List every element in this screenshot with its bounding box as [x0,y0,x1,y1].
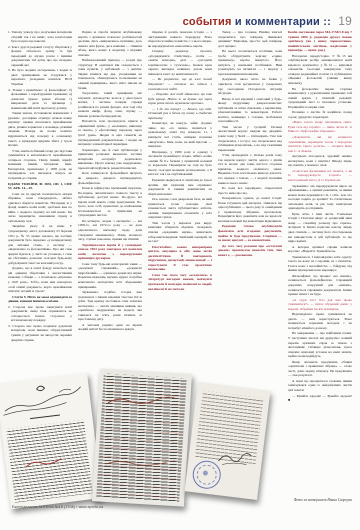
text-paragraph: Копію постанови через МА-Т/МЛ-8 від 7 тр… [288,30,352,53]
text-paragraph: Пам'ятаймо: кожна неперевірена цитата, з… [148,245,212,272]
text-paragraph: «Ваша газета знову паплюжить святе. Руки… [288,120,352,134]
section-label-comments: и комментарии :: [235,16,331,28]
text-paragraph: 3. Сторона має право подавати додаткові … [8,324,72,342]
text-paragraph: «Документи, які ви називаєте сумнівними,… [288,135,352,153]
text-paragraph: 2. Текст другої редакції статуту зберіга… [8,45,72,68]
text-paragraph: На фотокопіях: перша сторінка машинопису… [288,87,352,110]
text-paragraph: По-четверте, жодна з експертиз — ані 195… [78,219,142,242]
typewritten-page-scan [0,373,102,509]
document-photos [0,370,272,512]
text-paragraph: Тримаємося. І відповідаємо всім одразу: … [288,255,352,273]
text-paragraph: Термінувалася версія й у самвидаві: спис… [78,243,142,261]
text-paragraph: Відповідаємо: право сумніватися не дають… [288,312,352,330]
text-paragraph: А читачам радимо одне: не вірити жодній … [78,323,142,332]
text-paragraph: 4. Тільки з приміткою: а) фальсифікат; б… [8,88,72,111]
text-paragraph: Саме так свого часу «оселилися» в літера… [148,273,212,291]
text-paragraph: Редакція звернулася із запитами до трьох… [148,178,212,196]
text-paragraph: Коло замкнулося: фальсифікат цитують як … [78,171,142,185]
text-paragraph: До того часу розмови про «остаточні дока… [218,244,282,258]
text-paragraph: «А судді хто? Хто дав вам право сумніват… [288,298,352,312]
text-paragraph: Стаття 5. Ніхто не може відповідати за д… [8,295,72,304]
text-paragraph: Спершу редактор просить «упорядкувати ст… [148,49,212,76]
text-paragraph: 3. Не було жодних застережень, і жоден і… [8,68,72,86]
signature-scribble [216,449,256,471]
text-paragraph: Тепер — про головне. Навіщо взагалі спер… [218,30,282,48]
article-column-2: Перша ж спроба звірити опубліковану верс… [78,30,142,373]
article-column-1: 1. Типову ухвалу про долучення матеріалі… [8,30,72,373]
text-paragraph: Найпоказовіший приклад — розділ про стру… [78,58,142,90]
text-paragraph: 1. Типову ухвалу про долучення матеріалі… [8,30,72,44]
text-paragraph: Натомість нам пропонують вірити в «прива… [78,119,142,146]
text-paragraph: 2. Сторона має право запитувати копії до… [8,305,72,323]
handwritten-letter-scan [185,382,271,500]
text-paragraph: Почнемо з листів. Їх надійшло понад соро… [288,110,352,119]
photo-credit: Фото из материалов Ивана Скорчука [294,498,352,502]
text-paragraph: Ось, власне, і вся джерельна база, на як… [148,197,212,220]
text-paragraph: — Ви розумієте, що це вже інший документ… [148,77,212,91]
text-paragraph: Вихід із неї відомий і описаний у будь-я… [218,97,282,124]
text-paragraph: — І де він тепер? — Боюся, що ніде. Оста… [148,107,212,121]
text-paragraph: Звернімо увагу й на інше. У супровідному… [8,224,72,265]
text-paragraph: На завершення — про найближчі плани. У н… [288,331,352,358]
text-paragraph: Були, втім, і інші листи. Учителька істо… [288,212,352,244]
text-paragraph: Повернімося, одначе, до нашої історії. П… [218,196,282,223]
text-paragraph: — Бувайте здорові! — Бувайте здорові! ■ [288,394,352,403]
text-paragraph: Бо коли все перевірено, сперечатися прос… [218,186,282,195]
text-paragraph: Додамо, що в описі фонду значаться ще дв… [8,266,72,293]
text-paragraph: На нього посилаються політики, коли треб… [218,49,282,76]
handwriting-scribble [0,375,87,419]
text-paragraph: Характерно, що й самі публікатори у прив… [78,148,142,171]
text-paragraph: А поки що прощаємося словами, якими закі… [288,379,352,393]
article-column-3: Окрема й досить показова історія — з лис… [148,30,212,374]
article-column-4: Тепер — про головне. Навіщо взагалі спер… [218,30,282,368]
text-paragraph: Утім, прецеденти є. Кілька років тому та… [218,153,282,185]
text-paragraph: Фальсифікат, що працює «на наших», залиш… [288,274,352,297]
text-paragraph: Теоретично такий примірник міг існувати:… [78,91,142,118]
text-paragraph: Коментарі, як кажуть, зайві. Додамо лише… [148,121,212,148]
text-paragraph: Якщо опоненти пред'являть обіцяні «оригі… [288,360,352,378]
text-paragraph: Зауважимо: ми передрукували якраз не «фа… [288,184,352,211]
page-header: события и комментарии :: 19 [183,14,352,28]
text-paragraph: Перша ж спроба звірити опубліковану верс… [78,30,142,57]
text-paragraph: Таким чином, зіставляючи машинопис і рук… [8,111,72,147]
annotated-typescript-scan [92,368,192,506]
text-paragraph: «Совєтські фальшивки всі знають, а ви їх… [288,169,352,183]
page-number: 19 [338,14,352,28]
article-column-5: Копію постанови через МА-Т/МЛ-8 від 7 тр… [288,30,352,496]
text-paragraph: Тим часом у сусідній Польщі аналогічний … [218,125,282,152]
text-paragraph: Окрема й досить показова історія — з лис… [148,30,212,48]
text-paragraph: ЦДАВО УКРАЇНИ, Ф. 3833, ОП. 1, СПР. 57, … [8,182,72,191]
text-paragraph: Нагадаємо передісторію. У №13 ми опублік… [288,54,352,86]
text-paragraph: Зауважимо: подібна історія вже траплялас… [78,290,142,322]
section-label-events: события [183,16,232,28]
text-paragraph: Тим часом у мережах уже вирує кампанія: … [148,221,212,244]
text-paragraph: Редакція готова опублікувати факсиміле в… [218,224,282,242]
text-paragraph: Аргумент, погодьтеся, чудовий: навіщо ек… [288,154,352,168]
text-paragraph: А ветеран архівної справи написав коротк… [288,245,352,254]
text-paragraph: Саме на ці аркуші посилаються автори збі… [8,192,72,224]
text-paragraph: — Розумію. Але тоді здавалося, що так бу… [148,92,212,106]
text-paragraph: Поки ж зафіксуємо проміжний підсумок. По… [78,186,142,218]
newspaper-page: события и комментарии :: 19 1. Типову ух… [0,0,360,530]
text-paragraph: Щоправда, у 1989 році в одному з часопис… [148,150,212,177]
text-paragraph: Саме тому будь-які категоричні заяви — «… [78,262,142,289]
footer-edition-info: Еженедельник АНТЕНА №15 (1708) • www.api… [12,505,103,509]
text-paragraph: Утім, навіть побіжний огляд дає підстави… [8,149,72,181]
text-paragraph: Документ, якого ніхто не бачив у оригіна… [218,77,282,95]
